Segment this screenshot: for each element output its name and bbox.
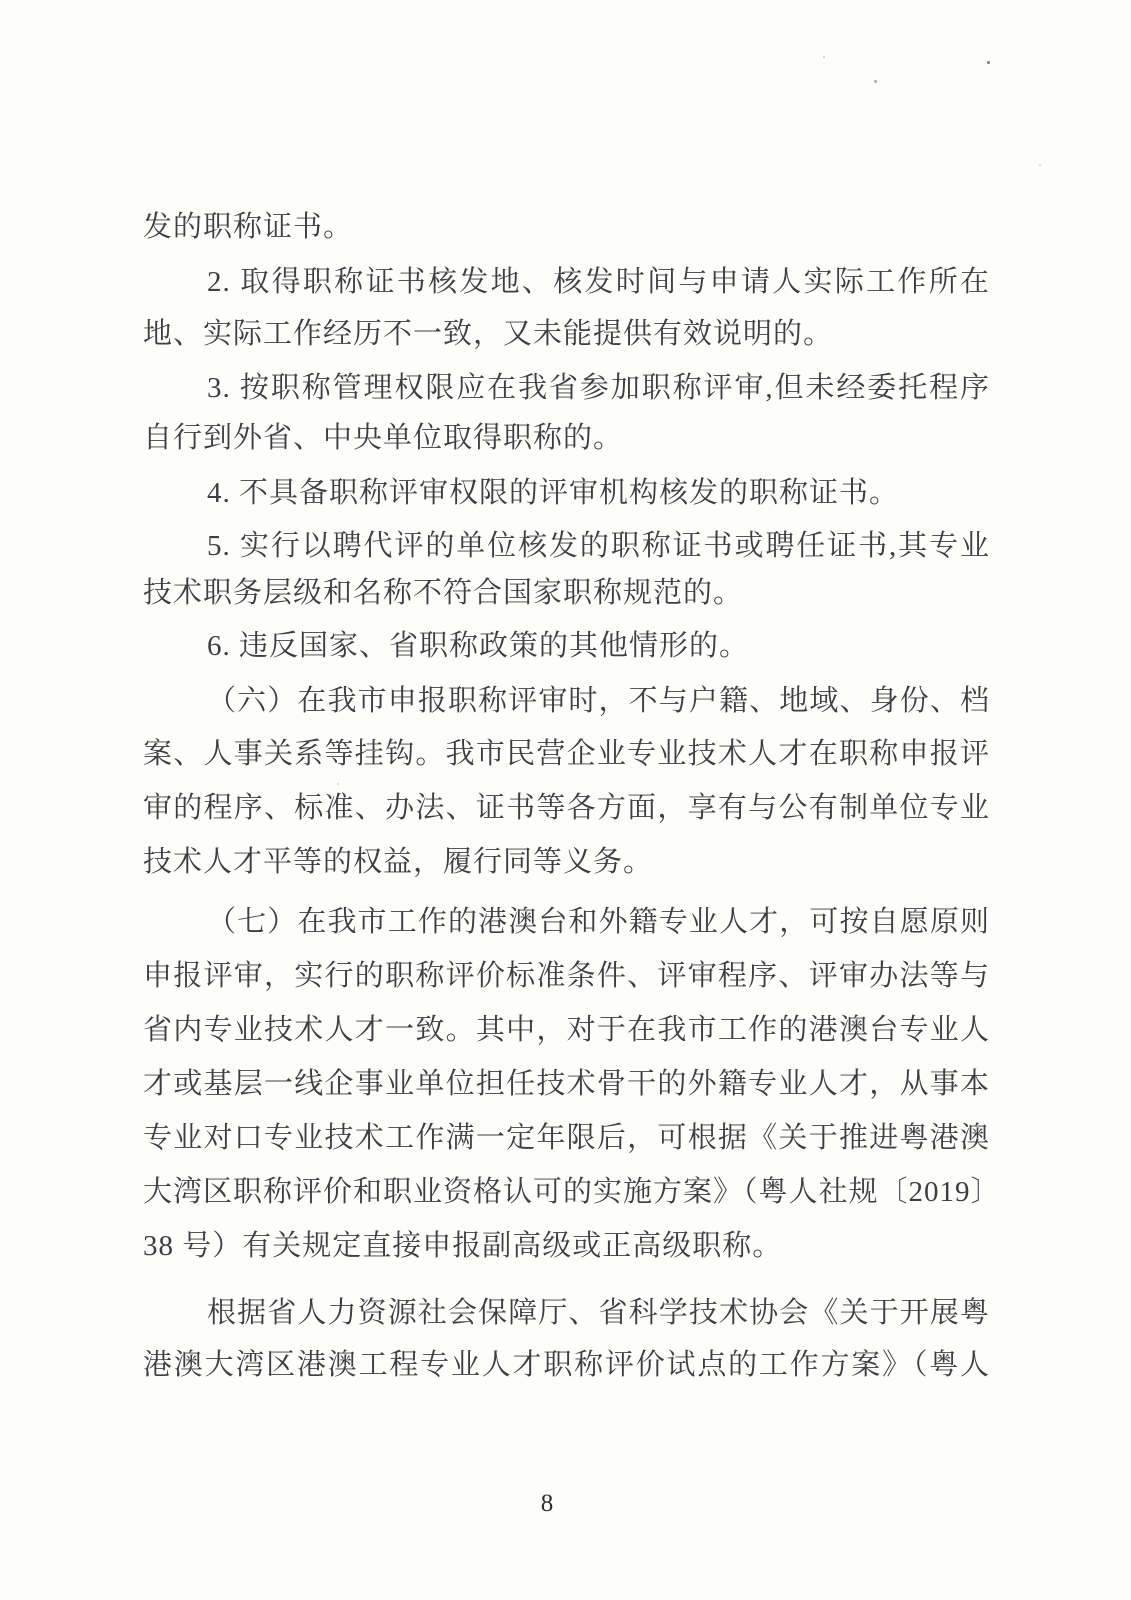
scan-speck <box>823 56 825 58</box>
text-line: 发的职称证书。 <box>143 205 990 249</box>
text-line: 大湾区职称评价和职业资格认可的实施方案》（粤人社规〔2019〕 <box>143 1170 990 1214</box>
scan-speck <box>337 783 339 785</box>
text-line: 2. 取得职称证书核发地、核发时间与申请人实际工作所在 <box>143 260 990 304</box>
text-line: 申报评审，实行的职称评价标准条件、评审程序、评审办法等与 <box>143 954 990 998</box>
text-line: 审的程序、标准、办法、证书等各方面，享有与公有制单位专业 <box>143 786 990 830</box>
page-number: 8 <box>528 1486 566 1522</box>
text-line: 省内专业技术人才一致。其中，对于在我市工作的港澳台专业人 <box>143 1008 990 1052</box>
text-line: 港澳大湾区港澳工程专业人才职称评价试点的工作方案》（粤人 <box>143 1343 990 1387</box>
text-line: 地、实际工作经历不一致，又未能提供有效说明的。 <box>143 312 990 356</box>
text-line: 根据省人力资源社会保障厅、省科学技术协会《关于开展粤 <box>143 1291 990 1335</box>
text-line: （六）在我市申报职称评审时，不与户籍、地域、身份、档 <box>143 679 990 723</box>
text-line: 才或基层一线企事业单位担任技术骨干的外籍专业人才，从事本 <box>143 1062 990 1106</box>
text-line: 技术人才平等的权益，履行同等义务。 <box>143 840 990 884</box>
text-line: 38 号）有关规定直接申报副高级或正高级职称。 <box>143 1224 990 1268</box>
text-line: 3. 按职称管理权限应在我省参加职称评审,但未经委托程序 <box>143 366 990 410</box>
text-line: 4. 不具备职称评审权限的评审机构核发的职称证书。 <box>143 471 990 515</box>
text-line: 5. 实行以聘代评的单位核发的职称证书或聘任证书,其专业 <box>143 524 990 568</box>
scan-speck <box>874 80 877 83</box>
text-line: 案、人事关系等挂钩。我市民营企业专业技术人才在职称申报评 <box>143 732 990 776</box>
text-line: 技术职务层级和名称不符合国家职称规范的。 <box>143 571 990 615</box>
document-page: 发的职称证书。 2. 取得职称证书核发地、核发时间与申请人实际工作所在 地、实际… <box>0 0 1131 1600</box>
text-line: 自行到外省、中央单位取得职称的。 <box>143 416 990 460</box>
text-line: （七）在我市工作的港澳台和外籍专业人才，可按自愿原则 <box>143 900 990 944</box>
text-line: 6. 违反国家、省职称政策的其他情形的。 <box>143 624 990 668</box>
scan-speck <box>987 61 990 64</box>
text-line: 专业对口专业技术工作满一定年限后，可根据《关于推进粤港澳 <box>143 1116 990 1160</box>
scan-speck <box>1039 164 1041 166</box>
